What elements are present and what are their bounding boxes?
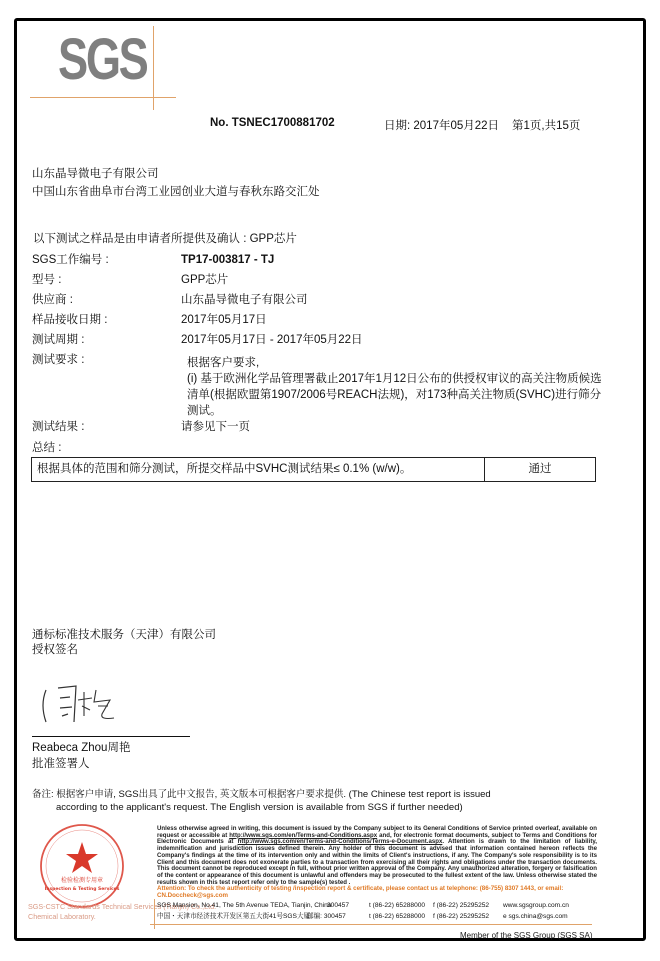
legal-disclaimer: Unless otherwise agreed in writing, this… xyxy=(157,826,597,886)
requirement-line2: (i) 基于欧洲化学品管理署截止2017年1月12日公布的供授权审议的高关注物质… xyxy=(187,371,607,419)
website[interactable]: www.sgsgroup.com.cn xyxy=(503,901,569,911)
zip-en: 300457 xyxy=(327,901,349,911)
svg-text:Inspection & Testing Services: Inspection & Testing Services xyxy=(45,886,120,892)
field-value-received-date: 2017年05月17日 xyxy=(181,313,267,328)
handwritten-signature xyxy=(38,680,148,730)
field-label-test-period: 测试周期 : xyxy=(32,333,84,348)
footer-divider xyxy=(150,924,592,925)
page-count: 第1页,共15页 xyxy=(512,117,580,133)
field-value-test-period: 2017年05月17日 - 2017年05月22日 xyxy=(181,333,363,348)
logo-guide-vertical xyxy=(153,26,154,110)
sgs-logo: SGS xyxy=(30,24,176,110)
signature-line xyxy=(32,736,190,737)
summary-table: 根据具体的范围和筛分测试，所提交样品中SVHC测试结果≤ 0.1% (w/w)。… xyxy=(31,457,596,482)
field-label-supplier: 供应商 : xyxy=(32,293,73,308)
signatory-title: 批准签署人 xyxy=(32,757,90,772)
sample-intro: 以下测试之样品是由申请者所提供及确认 : GPP芯片 xyxy=(33,232,297,247)
summary-label: 总结 : xyxy=(32,441,61,456)
tel-1: t (86-22) 65288000 xyxy=(369,901,425,911)
company-seal: 检验检测专用章 Inspection & Testing Services xyxy=(38,822,126,910)
field-label-job-no: SGS工作编号 : xyxy=(32,253,109,268)
svg-text:检验检测专用章: 检验检测专用章 xyxy=(61,876,103,884)
requirement-text: 根据客户要求, (i) 基于欧洲化学品管理署截止2017年1月12日公布的供授权… xyxy=(187,355,607,419)
legal-text-c: . Attention is drawn to the limitation o… xyxy=(157,838,597,885)
requirement-label: 测试要求 : xyxy=(32,353,84,368)
signatory-name: Reabeca Zhou周艳 xyxy=(32,741,130,756)
remark-line1: 备注: 根据客户申请, SGS出具了此中文报告, 英文版本可根据客户要求提供. … xyxy=(32,788,491,801)
applicant-address: 中国山东省曲阜市台湾工业园创业大道与春秋东路交汇处 xyxy=(32,185,320,200)
field-value-model: GPP芯片 xyxy=(181,273,228,288)
field-value-supplier: 山东晶导微电子有限公司 xyxy=(181,293,308,308)
report-number: No. TSNEC1700881702 xyxy=(210,117,335,129)
authorized-signature-label: 授权签名 xyxy=(32,643,78,658)
remark-line2: according to the applicant's request. Th… xyxy=(32,801,491,814)
authenticity-attention: Attention: To check the authenticity of … xyxy=(157,885,597,899)
fax-1: f (86-22) 25295252 xyxy=(433,901,489,911)
field-label-received-date: 样品接收日期 : xyxy=(32,313,107,328)
member-statement: Member of the SGS Group (SGS SA) xyxy=(460,931,593,940)
applicant-name: 山东晶导微电子有限公司 xyxy=(32,167,159,182)
logo-guide-horizontal xyxy=(30,97,176,98)
result-value: 请参见下一页 xyxy=(181,420,250,435)
email[interactable]: e sgs.china@sgs.com xyxy=(503,912,568,922)
summary-verdict: 通过 xyxy=(485,458,595,481)
address-cn: 中国・天津市经济技术开发区第五大街41号SGS大厦 xyxy=(157,912,310,922)
remark-note: 备注: 根据客户申请, SGS出具了此中文报告, 英文版本可根据客户要求提供. … xyxy=(32,788,491,814)
requirement-line1: 根据客户要求, xyxy=(187,355,607,371)
summary-text: 根据具体的范围和筛分测试，所提交样品中SVHC测试结果≤ 0.1% (w/w)。 xyxy=(32,458,485,481)
fax-2: f (86-22) 25295252 xyxy=(433,912,489,922)
sgs-logo-text: SGS xyxy=(58,24,147,96)
result-label: 测试结果 : xyxy=(32,420,84,435)
field-value-job-no: TP17-003817 - TJ xyxy=(181,253,274,268)
signatory-company: 通标标准技术服务（天津）有限公司 xyxy=(32,628,216,643)
report-date: 日期: 2017年05月22日 xyxy=(384,117,499,133)
field-label-model: 型号 : xyxy=(32,273,61,288)
address-en: SGS Mansion, No.41, The 5th Avenue TEDA,… xyxy=(157,901,331,911)
tel-2: t (86-22) 65288000 xyxy=(369,912,425,922)
zip-cn: 邮编: 300457 xyxy=(307,912,346,922)
